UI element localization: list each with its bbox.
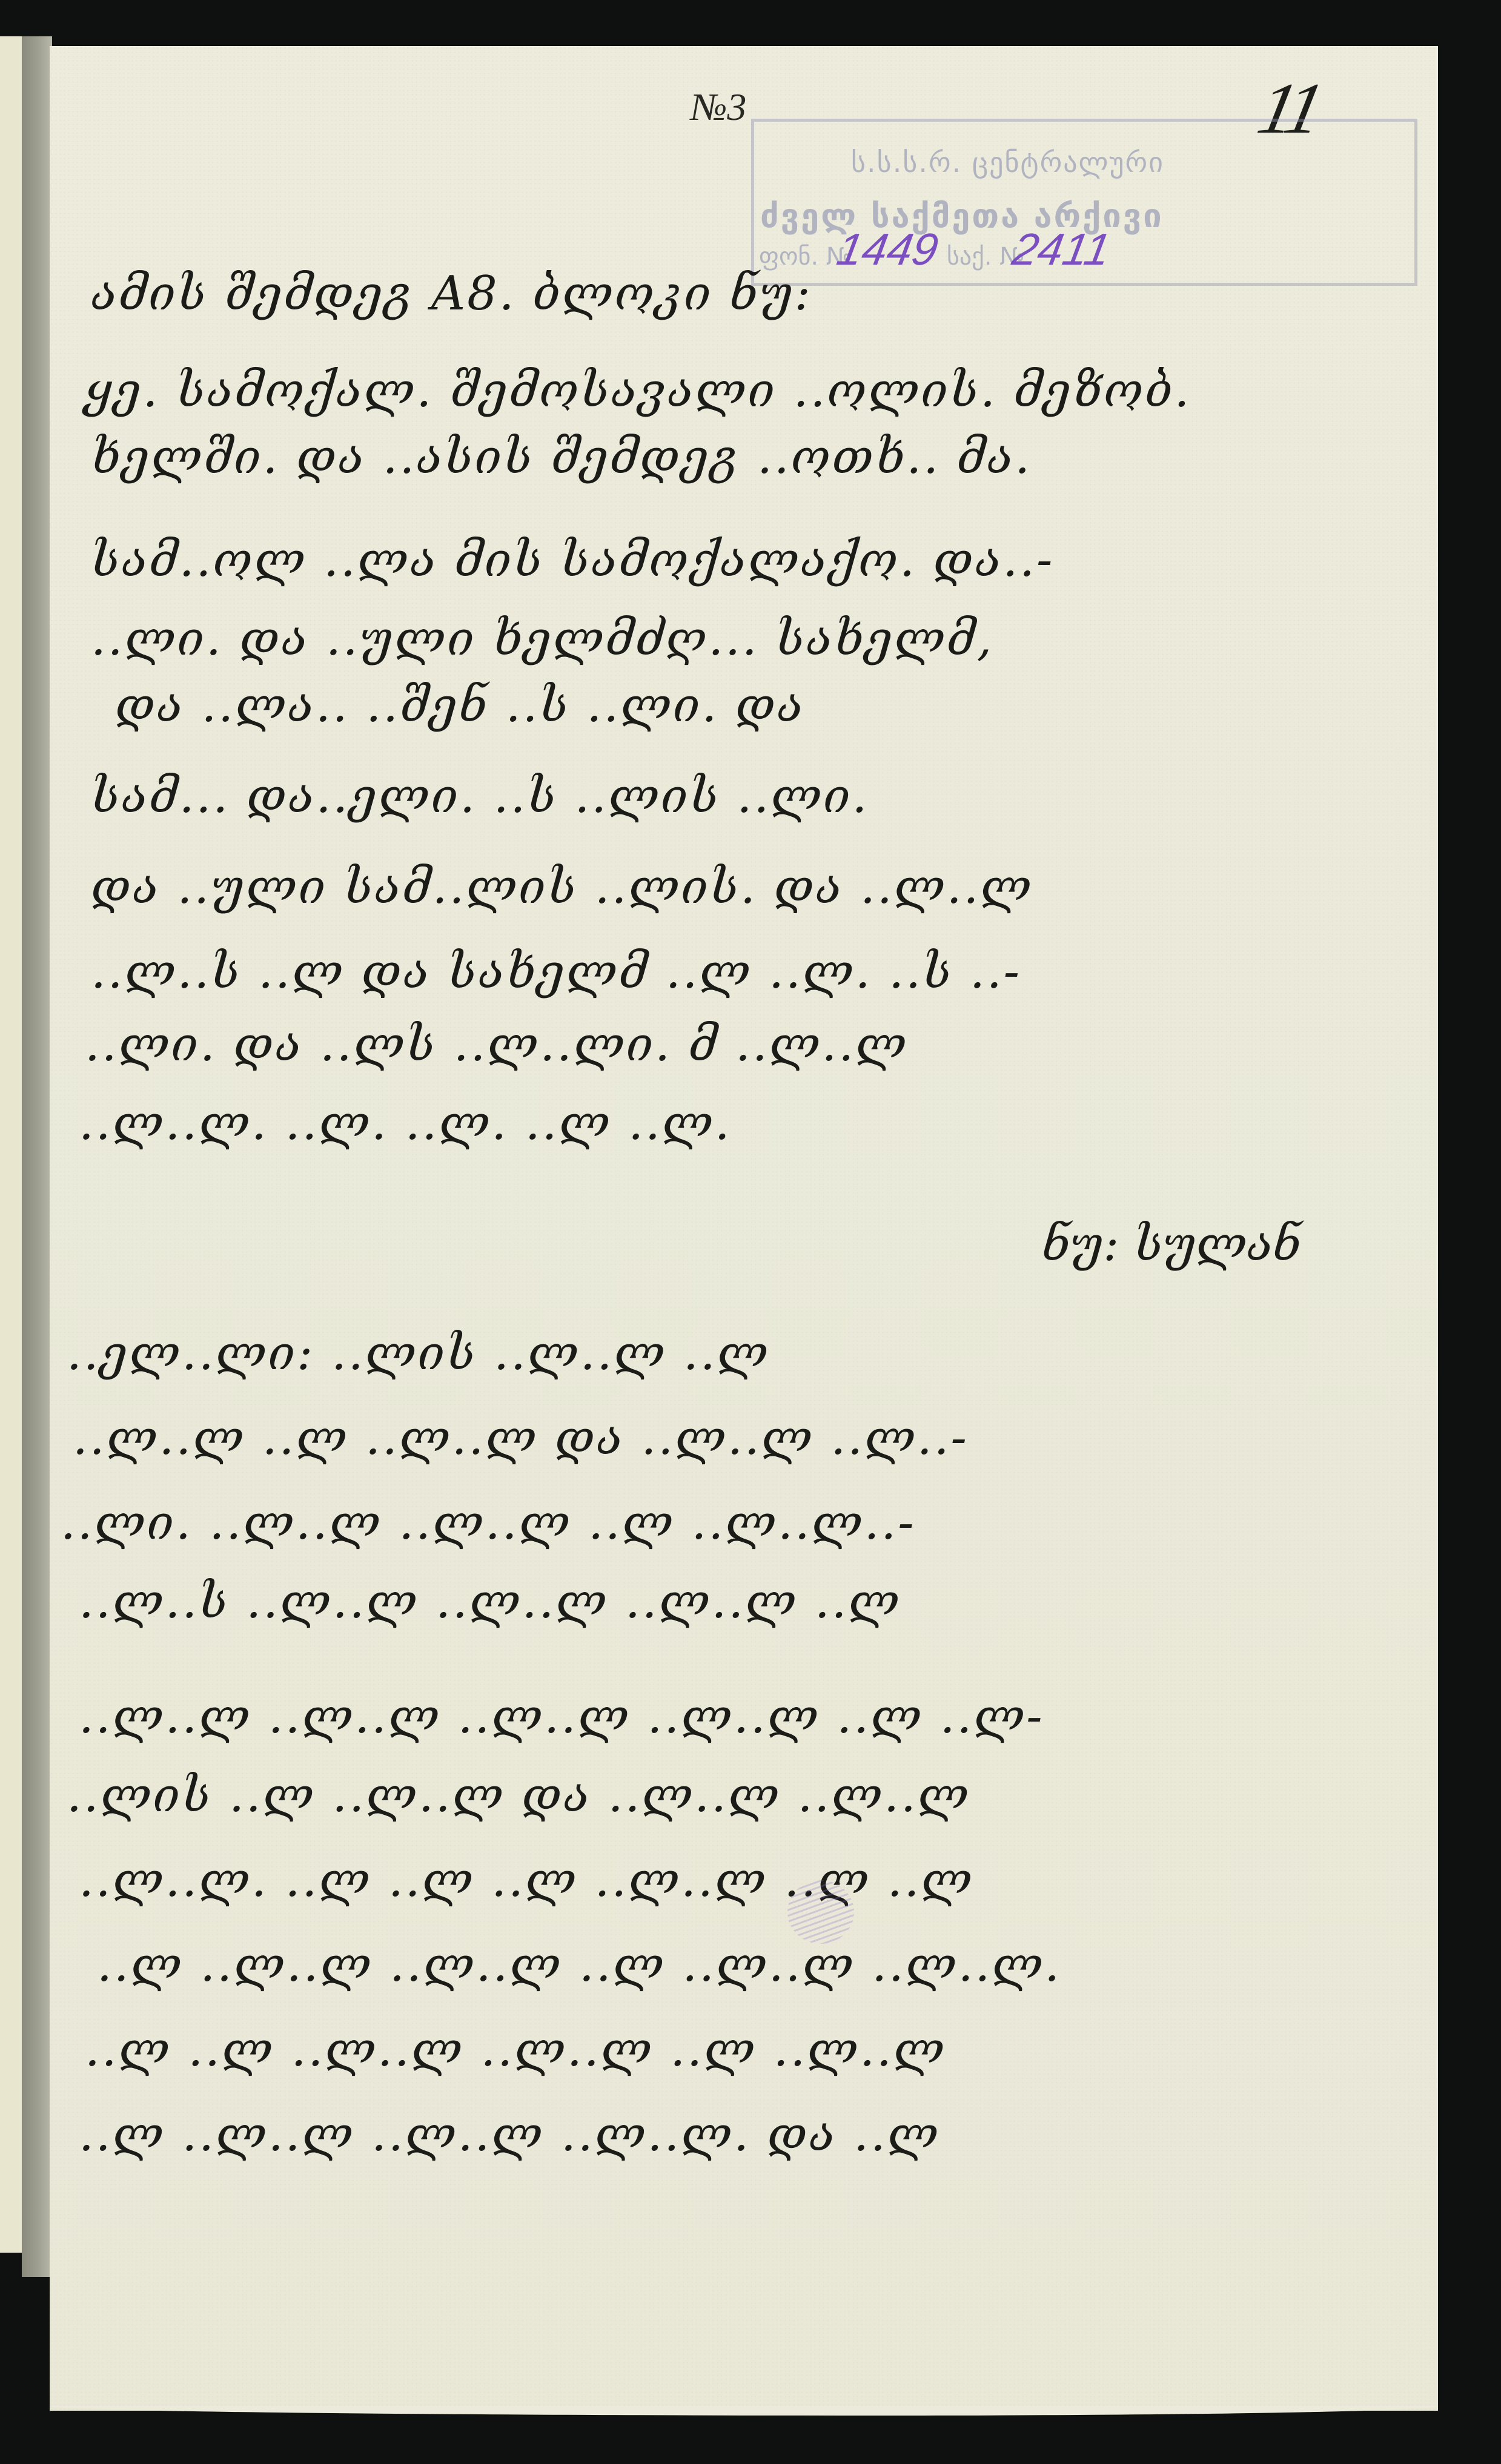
handwritten-line: და ..ლა.. ..შენ ..ს ..ლი. და xyxy=(115,678,805,733)
signature: ნუ: სულან xyxy=(1042,1217,1301,1272)
document-number: №3 xyxy=(691,85,746,130)
handwritten-line: ..ლის ..ლ ..ლ..ლ და ..ლ..ლ ..ლ..ლ xyxy=(67,1768,970,1823)
handwritten-line: ..ელ..ლი: ..ლის ..ლ..ლ ..ლ xyxy=(67,1326,770,1381)
underlying-page-edge xyxy=(0,36,24,2253)
archive-stamp: ს.ს.ს.რ. ცენტრალური ძველ საქმეთა არქივი … xyxy=(751,119,1417,286)
stamp-delo-number: 2411 xyxy=(1009,223,1115,275)
handwritten-line: ..ლ..ლ ..ლ..ლ ..ლ..ლ ..ლ..ლ ..ლ ..ლ- xyxy=(79,1689,1044,1744)
handwritten-line: ..ლ..ს ..ლ და სახელმ ..ლ ..ლ. ..ს ..- xyxy=(91,945,1021,999)
handwritten-line: ..ლი. და ..ული ხელმძღ... სახელმ, xyxy=(91,612,993,666)
handwritten-line: სამ..ოლ ..ლა მის სამოქალაქო. და..- xyxy=(91,533,1054,587)
binding-gutter-shadow xyxy=(22,36,52,2277)
handwritten-line: სამ... და..ელი. ..ს ..ლის ..ლი. xyxy=(91,769,869,824)
handwritten-line: ..ლ ..ლ ..ლ..ლ ..ლ..ლ ..ლ ..ლ..ლ xyxy=(85,2023,946,2077)
handwritten-line: ამის შემდეგ A8. ბლოკი ნუ: xyxy=(91,266,812,321)
handwritten-line: ..ლ..ლ ..ლ ..ლ..ლ და ..ლ..ლ ..ლ..- xyxy=(73,1411,969,1465)
stamp-archive-line1: ს.ს.ს.რ. ცენტრალური xyxy=(851,146,1164,179)
handwritten-line: ..ლ..ს ..ლ..ლ ..ლ..ლ ..ლ..ლ ..ლ xyxy=(79,1574,901,1629)
handwritten-line: ..ლ ..ლ..ლ ..ლ..ლ ..ლ..ლ. და ..ლ xyxy=(79,2107,940,2162)
handwritten-line: და ..ული სამ..ლის ..ლის. და ..ლ..ლ xyxy=(91,860,1033,914)
handwritten-line: ყე. სამოქალ. შემოსავალი ..ოლის. მეზობ. xyxy=(85,363,1191,418)
handwritten-line: ..ლი. და ..ლს ..ლ..ლი. მ ..ლ..ლ xyxy=(85,1017,908,1072)
handwritten-line: ..ლი. ..ლ..ლ ..ლ..ლ ..ლ ..ლ..ლ..- xyxy=(61,1496,916,1550)
handwritten-line: ..ლ..ლ. ..ლ. ..ლ. ..ლ ..ლ. xyxy=(79,1096,732,1151)
ink-fingerprint-smudge xyxy=(787,1880,854,1944)
stamp-fond-number: 1449 xyxy=(833,223,943,275)
handwritten-line: ..ლ ..ლ..ლ ..ლ..ლ ..ლ ..ლ..ლ ..ლ..ლ. xyxy=(97,1938,1061,1992)
handwritten-line: ხელში. და ..ასის შემდეგ ..ოთხ.. მა. xyxy=(91,430,1032,484)
